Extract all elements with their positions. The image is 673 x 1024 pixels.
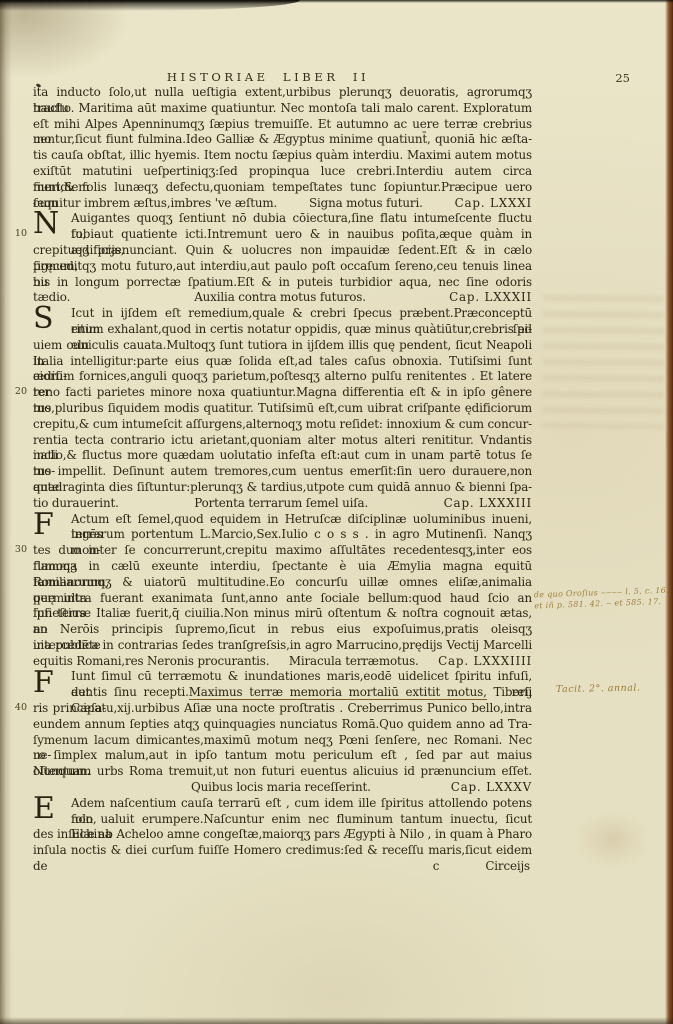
text-line: uiem cuniculis cauata.Multoqʒ ſunt tutio… <box>33 338 532 354</box>
text-line: ro ſimplex malum,aut in ipſo tantum motu… <box>33 748 532 764</box>
signature-line: cCirceijs <box>33 859 532 875</box>
line-number: 40 <box>8 702 27 713</box>
text-line: eundem annum ſepties atqʒ quinquagies nu… <box>33 717 532 733</box>
text-line: non ualuit erumpere.Naſcuntur enim nec f… <box>33 812 532 828</box>
text-line: ciorum fornices,anguli quoqʒ parietum,po… <box>33 369 532 385</box>
chapter-title: Quibus locis maria receſſerint. <box>191 780 371 796</box>
signature-mark: c <box>433 859 440 875</box>
text-line: Icut in ijſdem eſt remedium,quale & creb… <box>33 306 532 322</box>
text-line: Italia intelligitur:parte eius quæ ſolid… <box>33 354 532 370</box>
text-line: bis in longum porrectæ ſpatium.Eſt & in … <box>33 275 532 291</box>
chapter-number: Cap. LXXXIII <box>444 496 532 512</box>
text-line: tes duo inter ſe concurrerunt,crepitu ma… <box>33 543 532 559</box>
text-line: natio,& fluctus more quædam uolutatio in… <box>33 448 532 464</box>
page-edge-top <box>0 0 673 3</box>
text-block: ita inducto ſolo,ut nulla ueſtigia exten… <box>33 85 532 875</box>
text-line: ritum exhalant,quod in certis notatur op… <box>33 322 532 338</box>
text-line: inſula noctis & diei curſum fuiſſe Homer… <box>33 843 532 859</box>
text-line: fiunt,& ſolis lunæqʒ defectu,quoniam tem… <box>33 180 532 196</box>
text-line: Iunt ſimul cū terræmotu & inundationes m… <box>33 669 532 685</box>
chapter-heading-line: Quibus locis maria receſſerint.Cap. LXXX… <box>33 780 532 796</box>
line-number: 20 <box>8 386 27 397</box>
chapter-heading-line: tio durauerint.Portenta terrarum ſemel u… <box>33 496 532 512</box>
text-line: familiarumqʒ & uiatorū multitudine.Eo co… <box>33 575 532 591</box>
text-line: crepitu,& cum intumeſcit aſſurgens,alter… <box>33 417 532 433</box>
ink-underlined-text: Maximus terræ memoria mortaliū extitit m… <box>189 685 487 700</box>
body-text: ſequitur imbrem æſtus,imbres 've æſtum. <box>33 196 277 212</box>
text-line: fumoqʒ in cælū exeunte interdiu, ſpectan… <box>33 559 532 575</box>
page-edge-top-shadow <box>0 0 300 11</box>
chapter-heading-line: ſequitur imbrem æſtus,imbres 've æſtum.S… <box>33 196 532 212</box>
text-line: des inſulæ ab Acheloo amne congeſtæ,maio… <box>33 827 532 843</box>
text-line: tis cauſa obſtat, illic hyemis. Item noc… <box>33 148 532 164</box>
page-edge-bottom <box>0 1017 673 1024</box>
text-line: quę intra fuerant exanimata ſunt,anno an… <box>33 591 532 607</box>
text-line: Nunquam urbs Roma tremuit,ut non futuri … <box>33 764 532 780</box>
chapter-number: Cap. LXXXIIII <box>438 654 532 670</box>
text-line: ris principatu,xij.urbibus Aſiæ una noct… <box>33 701 532 717</box>
text-line: Actum eſt ſemel,quod equidem in Hetruſcæ… <box>33 512 532 528</box>
binding-edge-right <box>665 0 673 1024</box>
text-line: uentur,ſicut fiunt fulmina.Ideo Galliæ &… <box>33 132 532 148</box>
text-line: ſymenum lacum dimicantes,maximū motum ne… <box>33 733 532 749</box>
text-line: quadraginta dies ſiſtuntur:plerunqʒ & ta… <box>33 480 532 496</box>
chapter-number: Cap. LXXXI <box>455 196 532 212</box>
text-line: rentia tecta contrario ictu arietant,quo… <box>33 433 532 449</box>
chapter-number: Cap. LXXXII <box>449 290 532 306</box>
chapter-title: Auxilia contra motus futuros. <box>194 290 366 306</box>
text-line: ipſi terræ Italiæ fuerit,q̄ ciuilia.Non … <box>33 606 532 622</box>
chapter-heading-line: Auxilia contra motus futuros.Cap. LXXXII <box>33 290 532 306</box>
text-line: pręceditqʒ motu futuro,aut interdiu,aut … <box>33 259 532 275</box>
text-line: to, aut quatiente icti.Intremunt uero & … <box>33 227 532 243</box>
chapter-heading-line: equitis Romani,res Neronis procurantis.M… <box>33 654 532 670</box>
text-line: dentis ſinu recepti.Maximus terræ memori… <box>33 685 532 701</box>
text-line: reno facti parietes minore noxa quatiunt… <box>33 385 532 401</box>
text-line: tus impellit. Deſinunt autem tremores,cu… <box>33 464 532 480</box>
catchword: Circeijs <box>485 859 530 875</box>
text-line: exiſtūt matutini ueſpertiniqʒ:ſed propin… <box>33 164 532 180</box>
show-through-text <box>541 295 664 428</box>
text-line: crepituqʒ prænunciant. Quin & uolucres n… <box>33 243 532 259</box>
chapter-title: Portenta terrarum ſemel uiſa. <box>194 496 368 512</box>
running-header: HISTORIAE LIBER II <box>33 70 503 84</box>
text-line: ita inducto ſolo,ut nulla ueſtigia exten… <box>33 85 532 101</box>
text-line: Adem naſcentium cauſa terrarū eſt , cum … <box>33 796 532 812</box>
chapter-number: Cap. LXXXV <box>451 780 532 796</box>
text-line: hauſto. Maritima aūt maxime quatiuntur. … <box>33 101 532 117</box>
chapter-title: Signa motus futuri. <box>309 196 423 212</box>
text-line: no Nerōis principis ſupremo,ſicut in reb… <box>33 622 532 638</box>
page-number: 25 <box>615 71 630 85</box>
line-number: 30 <box>8 544 27 555</box>
text-line: terrarum portentum L.Marcio,Sex.Iulio c … <box>33 527 532 543</box>
text-line: Auigantes quoqʒ ſentiunt nō dubia cōiect… <box>33 211 532 227</box>
text-line: tus,pluribus ſiquidem modis quatitur. Tu… <box>33 401 532 417</box>
page-edge-left <box>0 0 12 1024</box>
chapter-title: Miracula terræmotus. <box>289 654 419 670</box>
book-page-scan: HISTORIAE LIBER II 25 ita inducto ſolo,u… <box>0 0 673 1024</box>
text-line: uia publica in contrarias ſedes tranſgre… <box>33 638 532 654</box>
body-text: dentis ſinu recepti. <box>71 685 189 699</box>
handwritten-margin-note-orosius: de quo Oroſius ‒‒‒‒ l. 5. c. 16. et iñ p… <box>534 585 673 612</box>
text-line: eſt mihi Alpes Apenninumqʒ ſæpius tremui… <box>33 117 532 133</box>
handwritten-margin-note-tacitus: Tacit. 2°. annal. <box>556 682 673 695</box>
line-number: 10 <box>8 228 27 239</box>
